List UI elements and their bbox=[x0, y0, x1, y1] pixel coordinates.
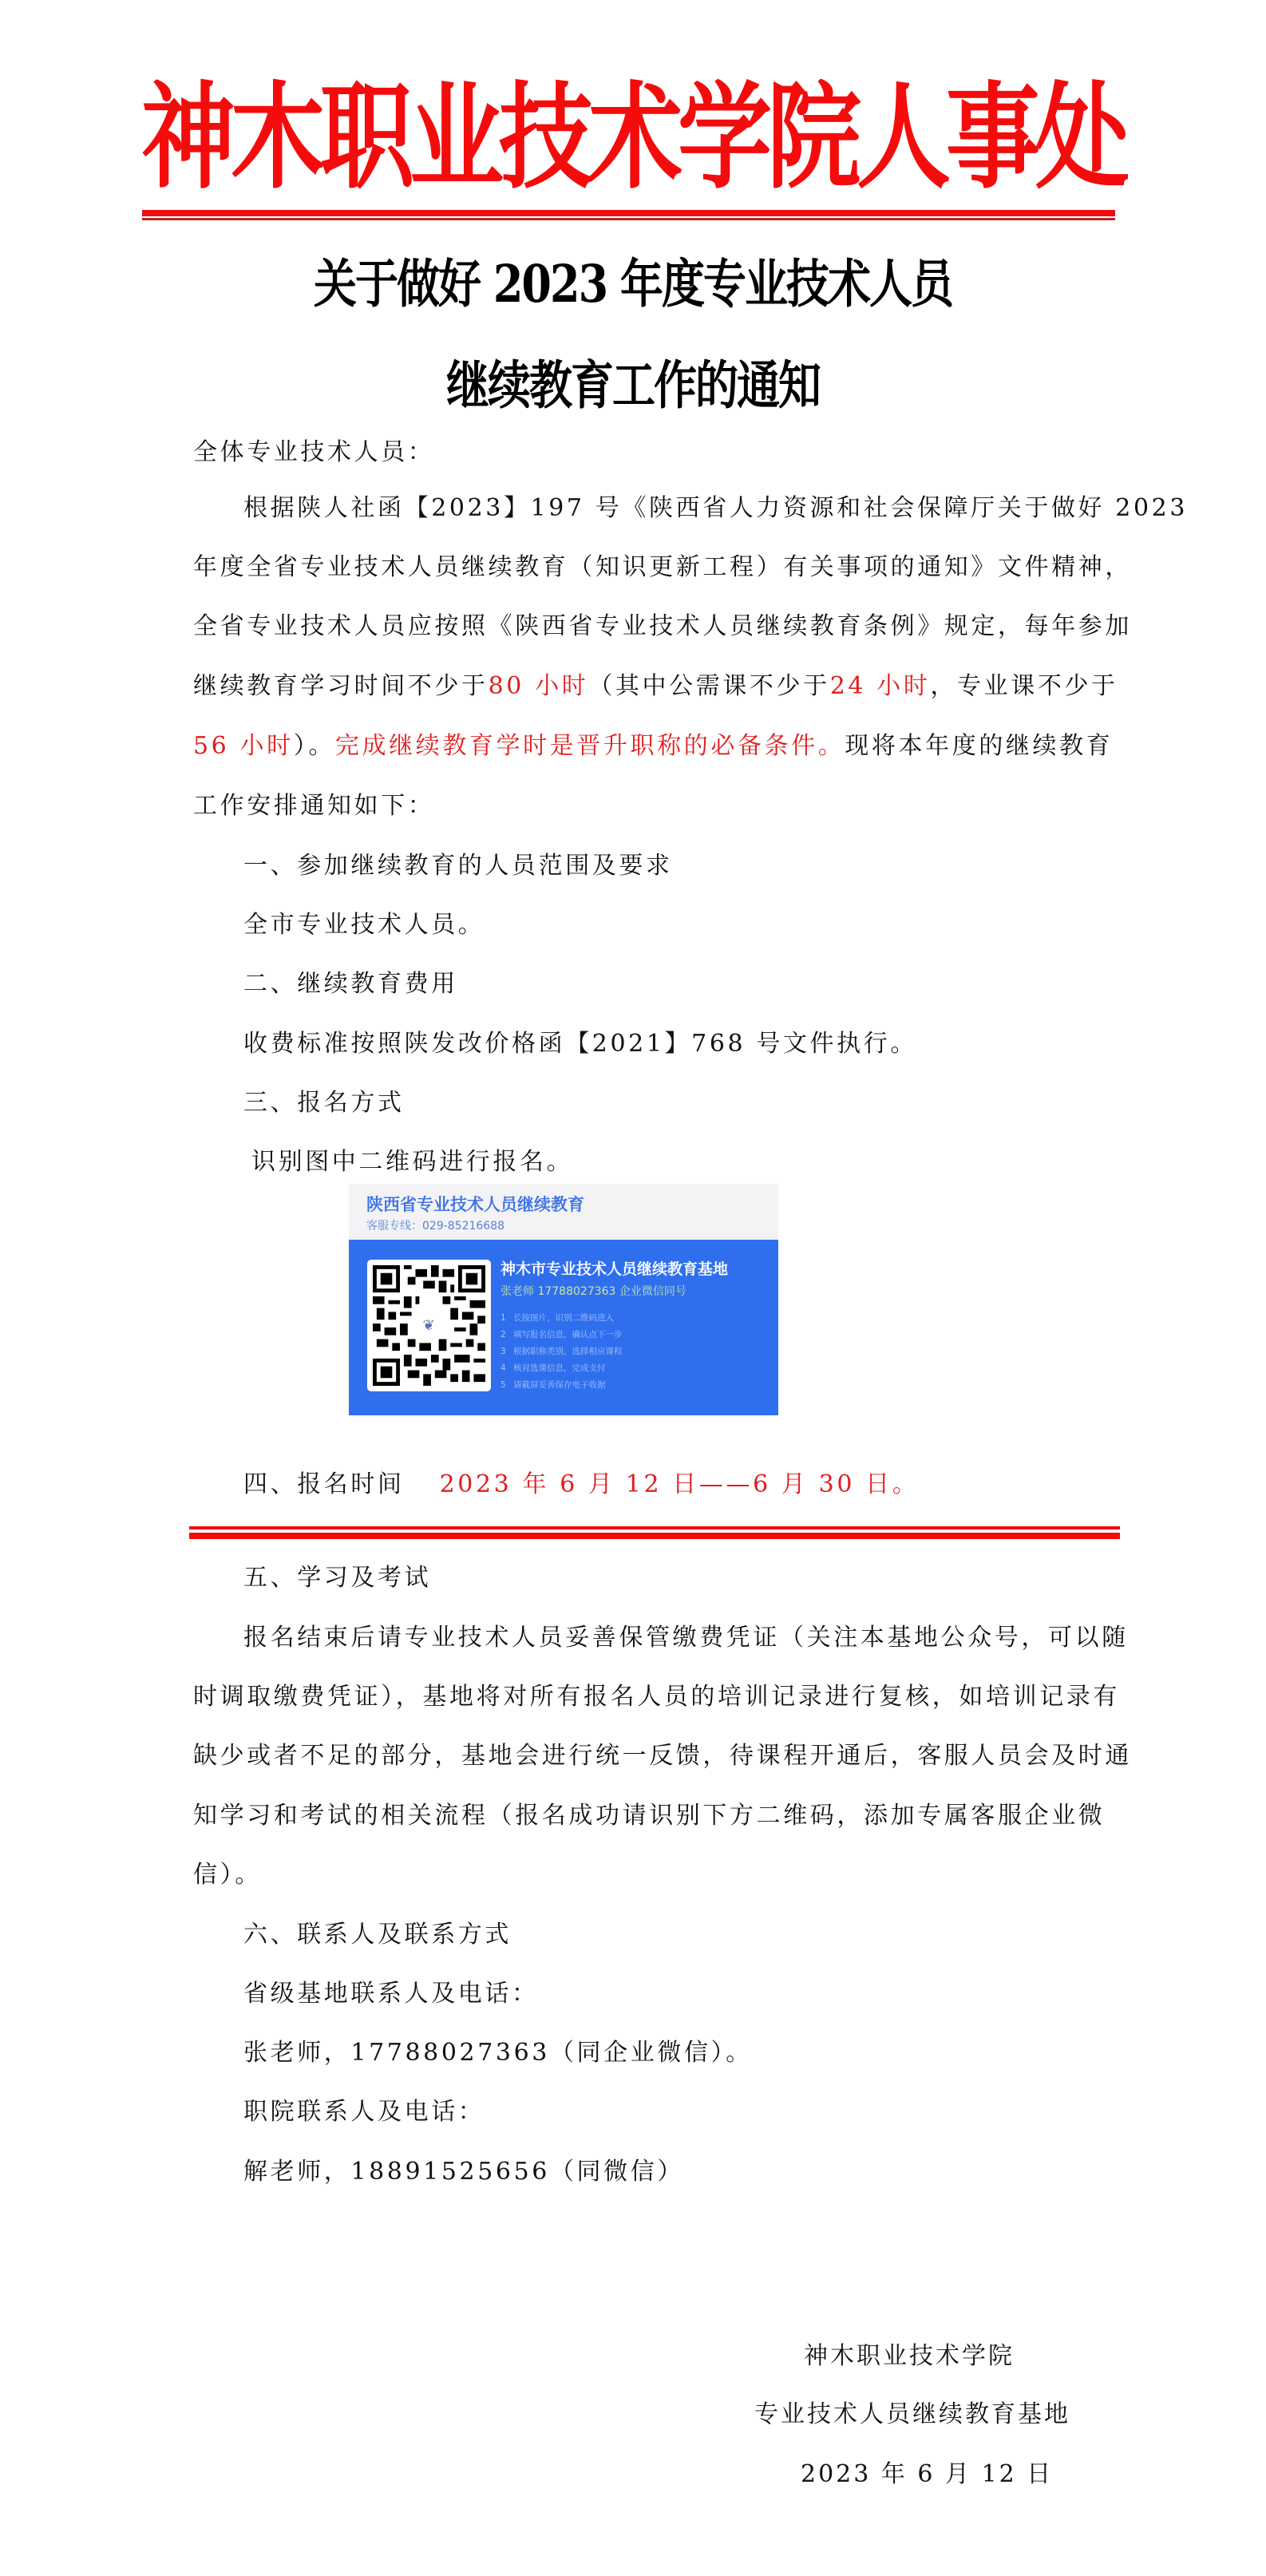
step-item: 3根据职称类别，选择相应课程 bbox=[500, 1343, 623, 1360]
intro-line-2: 年度全省专业技术人员继续教育（知识更新工程）有关事项的通知》文件精神， bbox=[193, 552, 1132, 584]
hours-line: 继续教育学习时间不少于80 小时（其中公需课不少于24 小时，专业课不少于 bbox=[193, 671, 1118, 702]
qr-code-icon[interactable]: ❦ bbox=[367, 1260, 491, 1391]
hours-text-b: （其中公需课不少于 bbox=[588, 672, 829, 700]
section-5-line-4: 知学习和考试的相关流程（报名成功请识别下方二维码，添加专属客服企业微 bbox=[193, 1800, 1105, 1832]
provincial-contact-label: 省级基地联系人及电话： bbox=[243, 1978, 539, 2010]
college-contact: 解老师，18891525656（同微信） bbox=[243, 2156, 684, 2188]
card-title: 陕西省专业技术人员继续教育 bbox=[366, 1192, 584, 1216]
closing-intro: 工作安排通知如下： bbox=[193, 790, 434, 822]
req-text-b: 现将本年度的继续教育 bbox=[845, 732, 1113, 760]
section-5-line-1: 报名结束后请专业技术人员妥善保管缴费凭证（关注本基地公众号，可以随 bbox=[243, 1622, 1129, 1654]
signature-org: 神木职业技术学院 bbox=[804, 2336, 1015, 2371]
registration-steps: 1长按图片，识别二维码进入 2填写报名信息，确认点下一步 3根据职称类别，选择相… bbox=[500, 1310, 623, 1394]
salutation: 全体专业技术人员： bbox=[193, 437, 434, 469]
masthead-rule-thick bbox=[142, 210, 1115, 216]
section-1-text: 全市专业技术人员。 bbox=[243, 909, 485, 941]
requirement-emphasis: 完成继续教育学时是晋升职称的必备条件。 bbox=[335, 732, 845, 760]
signature-date: 2023 年 6 月 12 日 bbox=[801, 2454, 1053, 2489]
base-name: 神木市专业技术人员继续教育基地 bbox=[500, 1257, 728, 1279]
section-3-heading: 三、报名方式 bbox=[243, 1087, 405, 1119]
step-item: 5请截屏妥善保存电子收据 bbox=[500, 1377, 623, 1394]
section-5-line-5: 信）。 bbox=[193, 1859, 262, 1891]
section-2-heading: 二、继续教育费用 bbox=[243, 968, 458, 1000]
section-3-text: 识别图中二维码进行报名。 bbox=[251, 1146, 573, 1178]
intro-line-3: 全省专业技术人员应按照《陕西省专业技术人员继续教育条例》规定，每年参加 bbox=[193, 611, 1132, 643]
notice-title-line-1: 关于做好 2023 年度专业技术人员 bbox=[0, 258, 1266, 310]
section-4-heading: 四、报名时间 bbox=[243, 1470, 405, 1498]
intro-line-1: 根据陕人社函【2023】197 号《陕西省人力资源和社会保障厅关于做好 2023 bbox=[243, 493, 1188, 524]
registration-qr-card[interactable]: 陕西省专业技术人员继续教育 客服专线：029-85216688 bbox=[349, 1184, 778, 1415]
public-course-hours: 24 小时 bbox=[830, 672, 931, 700]
req-text-a: ）。 bbox=[294, 732, 335, 760]
masthead-title: 神木职业技术学院人事处 bbox=[0, 80, 1266, 195]
section-divider-thin bbox=[189, 1526, 1120, 1529]
card-body: ❦ 神木市专业技术人员继续教育基地 张老师 17788027363 企业微信同号… bbox=[349, 1240, 778, 1415]
section-6-heading: 六、联系人及联系方式 bbox=[243, 1919, 512, 1951]
major-course-hours: 56 小时 bbox=[193, 732, 294, 760]
registration-dates: 2023 年 6 月 12 日——6 月 30 日。 bbox=[440, 1470, 920, 1498]
section-5-heading: 五、学习及考试 bbox=[243, 1562, 431, 1594]
section-5-line-2: 时调取缴费凭证），基地将对所有报名人员的培训记录进行复核，如培训记录有 bbox=[193, 1681, 1120, 1713]
section-2-text: 收费标准按照陕发改价格函【2021】768 号文件执行。 bbox=[243, 1028, 917, 1060]
section-1-heading: 一、参加继续教育的人员范围及要求 bbox=[243, 850, 673, 882]
total-hours: 80 小时 bbox=[489, 672, 589, 700]
requirement-line: 56 小时）。完成继续教育学时是晋升职称的必备条件。现将本年度的继续教育 bbox=[193, 730, 1113, 762]
college-contact-label: 职院联系人及电话： bbox=[243, 2096, 485, 2128]
step-item: 2填写报名信息，确认点下一步 bbox=[500, 1327, 623, 1343]
section-4-line: 四、报名时间2023 年 6 月 12 日——6 月 30 日。 bbox=[243, 1469, 919, 1501]
provincial-contact: 张老师，17788027363（同企业微信）。 bbox=[243, 2037, 753, 2069]
card-header: 陕西省专业技术人员继续教育 客服专线：029-85216688 bbox=[349, 1184, 778, 1240]
section-divider-thick bbox=[189, 1533, 1120, 1539]
hours-text-a: 继续教育学习时间不少于 bbox=[193, 672, 489, 700]
hours-text-c: ，专业课不少于 bbox=[930, 672, 1118, 700]
signature-dept: 专业技术人员继续教育基地 bbox=[754, 2394, 1070, 2429]
notice-title-line-2: 继续教育工作的通知 bbox=[0, 359, 1266, 411]
step-item: 4核对选课信息，完成支付 bbox=[500, 1360, 623, 1377]
card-hotline: 客服专线：029-85216688 bbox=[366, 1217, 504, 1233]
section-5-line-3: 缺少或者不足的部分，基地会进行统一反馈，待课程开通后，客服人员会及时通 bbox=[193, 1740, 1132, 1772]
base-contact: 张老师 17788027363 企业微信同号 bbox=[500, 1283, 686, 1299]
masthead-rule-thin bbox=[142, 218, 1115, 220]
step-item: 1长按图片，识别二维码进入 bbox=[500, 1310, 623, 1327]
book-logo-icon: ❦ bbox=[411, 1308, 446, 1343]
